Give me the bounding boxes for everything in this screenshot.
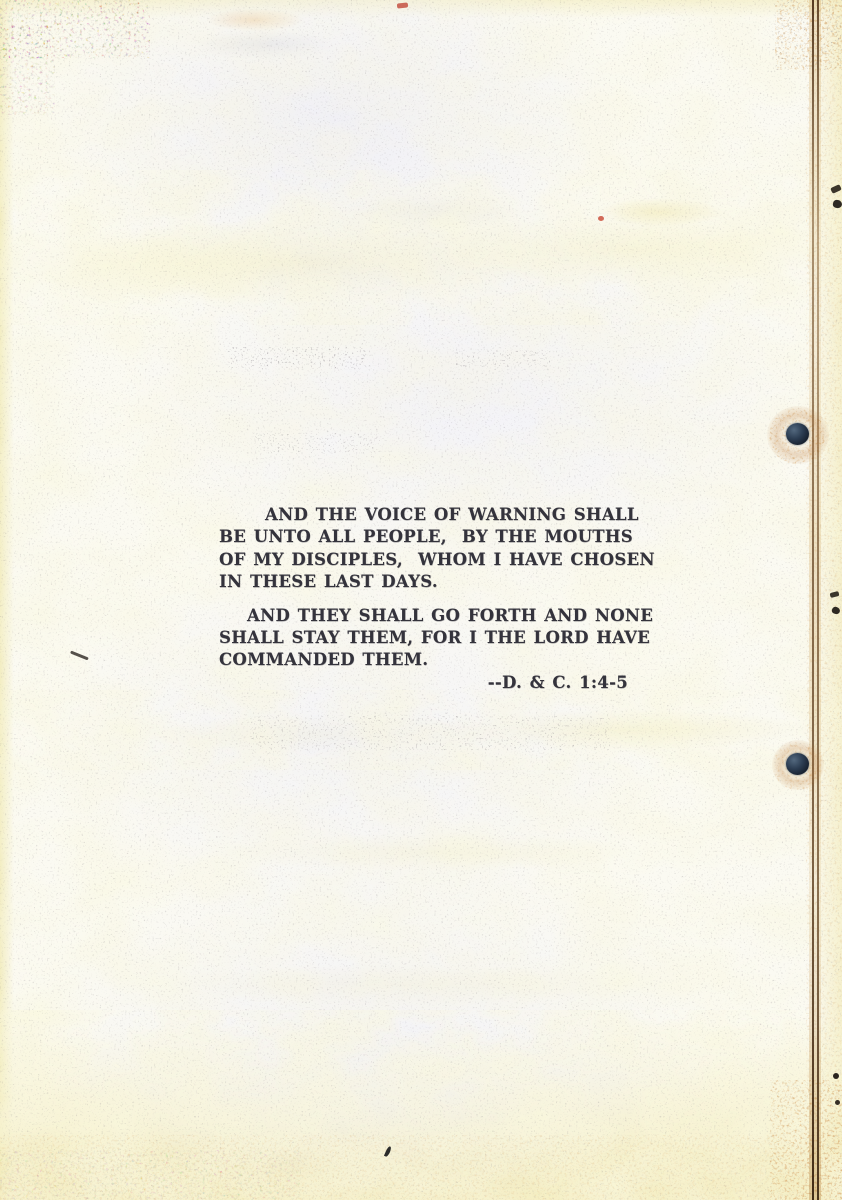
ink-tick-bottom xyxy=(384,1146,392,1158)
ink-mark-right-top-2 xyxy=(832,199,842,209)
quote-block: AND THE VOICE OF WARNING SHALL BE UNTO A… xyxy=(219,504,632,694)
ink-mark-right-middle-2 xyxy=(831,606,841,615)
ink-mark-right-middle xyxy=(830,591,840,598)
quote-line: COMMANDED THEM. xyxy=(219,649,632,671)
quote-line: AND THE VOICE OF WARNING SHALL xyxy=(219,504,632,526)
pencil-squiggle-left xyxy=(70,651,89,660)
page-edge-line xyxy=(812,0,814,1200)
brad-fastener-bottom xyxy=(786,753,809,775)
page-edge-shadow xyxy=(809,0,821,1200)
ink-dot-bottom-right xyxy=(833,1073,839,1079)
page-edge-line-inner xyxy=(817,0,819,1200)
quote-line: OF MY DISCIPLES, WHOM I HAVE CHOSEN xyxy=(219,549,632,571)
quote-line: AND THEY SHALL GO FORTH AND NONE xyxy=(219,605,632,627)
ink-dot-bottom-right-2 xyxy=(835,1100,840,1105)
quote-paragraph-1: AND THE VOICE OF WARNING SHALL BE UNTO A… xyxy=(219,504,632,594)
quote-paragraph-2: AND THEY SHALL GO FORTH AND NONE SHALL S… xyxy=(219,605,632,672)
quote-line: SHALL STAY THEM, FOR I THE LORD HAVE xyxy=(219,627,632,649)
quote-line: BE UNTO ALL PEOPLE, BY THE MOUTHS xyxy=(219,526,632,548)
brad-fastener-top xyxy=(786,423,809,445)
ink-mark-right-top xyxy=(830,184,842,194)
quote-line: IN THESE LAST DAYS. xyxy=(219,571,632,593)
scanned-document-page: AND THE VOICE OF WARNING SHALL BE UNTO A… xyxy=(0,0,842,1200)
red-speck xyxy=(598,216,604,221)
scripture-reference: --D. & C. 1:4-5 xyxy=(219,672,632,694)
red-stain-top xyxy=(397,2,408,8)
